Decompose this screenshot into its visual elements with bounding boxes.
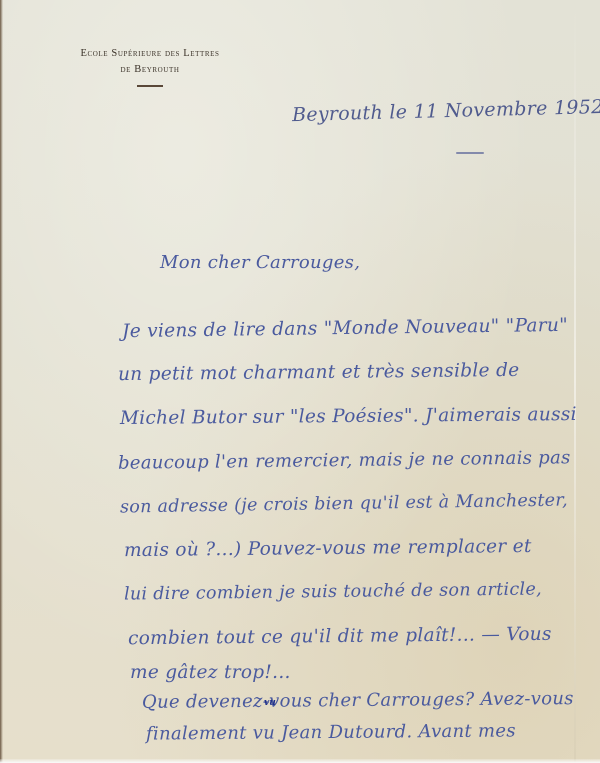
body-line-8: combien tout ce qu'il dit me plaît!... —… bbox=[128, 624, 552, 649]
body-line-10: Que devenez-vous cher Carrouges? Avez-vo… bbox=[142, 688, 574, 713]
body-line-11: finalement vu Jean Dutourd. Avant mes bbox=[146, 720, 516, 744]
letterhead-line-2: de Beyrouth bbox=[60, 62, 240, 78]
paper-edge-bottom bbox=[0, 759, 600, 763]
date-underline-dash bbox=[456, 152, 484, 154]
salutation: Mon cher Carrouges, bbox=[160, 252, 360, 273]
insertion-mark: vu bbox=[264, 698, 276, 708]
body-line-6: mais où ?...) Pouvez-vous me remplacer e… bbox=[124, 536, 532, 561]
letterhead-line-1: Ecole Supérieure des Lettres bbox=[60, 46, 240, 62]
body-line-2: un petit mot charmant et très sensible d… bbox=[118, 360, 520, 385]
letter-page: Ecole Supérieure des Lettres de Beyrouth… bbox=[0, 0, 600, 763]
paper-edge-left bbox=[0, 0, 3, 763]
body-line-4: beaucoup l'en remercier, mais je ne conn… bbox=[118, 447, 571, 474]
body-line-9: me gâtez trop!... bbox=[130, 662, 291, 683]
letterhead-rule bbox=[137, 85, 163, 87]
place-date: Beyrouth le 11 Novembre 1952 bbox=[292, 96, 600, 126]
body-line-7: lui dire combien je suis touché de son a… bbox=[124, 579, 542, 604]
body-line-3: Michel Butor sur "les Poésies". J'aimera… bbox=[120, 404, 577, 429]
letterhead: Ecole Supérieure des Lettres de Beyrouth bbox=[60, 46, 240, 87]
body-line-1: Je viens de lire dans "Monde Nouveau" "P… bbox=[122, 315, 568, 342]
body-line-5: son adresse (je crois bien qu'il est à M… bbox=[120, 490, 568, 517]
